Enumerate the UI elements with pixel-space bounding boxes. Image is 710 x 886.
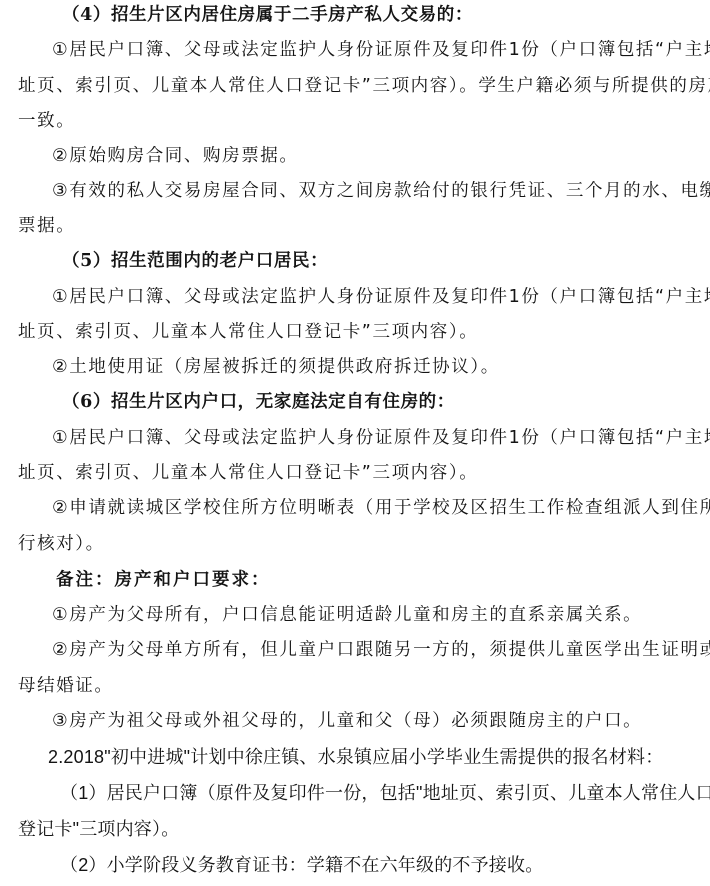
- notes-item-1: ①房产为父母所有，户口信息能证明适龄儿童和房主的直系亲属关系。: [52, 604, 698, 626]
- section-4-item-2: ②原始购房合同、购房票据。: [52, 145, 698, 167]
- section-4-item-1-line-2: 址页、索引页、儿童本人常住人口登记卡”三项内容）。学生户籍必须与所提供的房产: [18, 75, 698, 97]
- section-2-item-2: （2）小学阶段义务教育证书：学籍不在六年级的不予接收。: [60, 854, 710, 876]
- section-4-item-1-line-3: 一致。: [18, 110, 698, 132]
- notes-item-2-line-1: ②房产为父母单方所有，但儿童户口跟随另一方的，须提供儿童医学出生证明或父: [52, 639, 698, 661]
- section-5-heading: （5）招生范围内的老户口居民：: [62, 250, 710, 272]
- section-5-item-1-line-2: 址页、索引页、儿童本人常住人口登记卡”三项内容）。: [18, 321, 698, 343]
- section-6-heading: （6）招生片区内户口，无家庭法定自有住房的：: [62, 391, 710, 413]
- section-6-item-2-line-1: ②申请就读城区学校住所方位明晰表（用于学校及区招生工作检查组派人到住所进: [52, 497, 698, 519]
- section-5-item-2: ②土地使用证（房屋被拆迁的须提供政府拆迁协议）。: [52, 356, 698, 378]
- notes-heading: 备注：房产和户口要求：: [56, 569, 710, 591]
- section-2-title: 2.2018"初中进城"计划中徐庄镇、水泉镇应届小学毕业生需提供的报名材料：: [48, 746, 710, 768]
- section-5-item-1-line-1: ①居民户口簿、父母或法定监护人身份证原件及复印件1份（户口簿包括“户主地: [52, 286, 698, 308]
- notes-item-3: ③房产为祖父母或外祖父母的，儿童和父（母）必须跟随房主的户口。: [52, 710, 698, 732]
- section-6-item-1-line-2: 址页、索引页、儿童本人常住人口登记卡”三项内容）。: [18, 462, 698, 484]
- section-6-item-2-line-2: 行核对）。: [18, 533, 698, 555]
- notes-item-2-line-2: 母结婚证。: [18, 675, 698, 697]
- section-4-heading: （4）招生片区内居住房属于二手房产私人交易的：: [62, 4, 710, 26]
- section-6-item-1-line-1: ①居民户口簿、父母或法定监护人身份证原件及复印件1份（户口簿包括“户主地: [52, 427, 698, 449]
- section-4-item-1-line-1: ①居民户口簿、父母或法定监护人身份证原件及复印件1份（户口簿包括“户主地: [52, 39, 698, 61]
- document-page: （4）招生片区内居住房属于二手房产私人交易的： ①居民户口簿、父母或法定监护人身…: [0, 0, 710, 886]
- section-4-item-3-line-1: ③有效的私人交易房屋合同、双方之间房款给付的银行凭证、三个月的水、电缴费: [52, 180, 698, 202]
- section-2-item-1-line-1: （1）居民户口簿（原件及复印件一份，包括"地址页、索引页、儿童本人常住人口: [60, 782, 710, 804]
- section-4-item-3-line-2: 票据。: [18, 215, 698, 237]
- section-2-item-1-line-2: 登记卡"三项内容）。: [18, 818, 698, 840]
